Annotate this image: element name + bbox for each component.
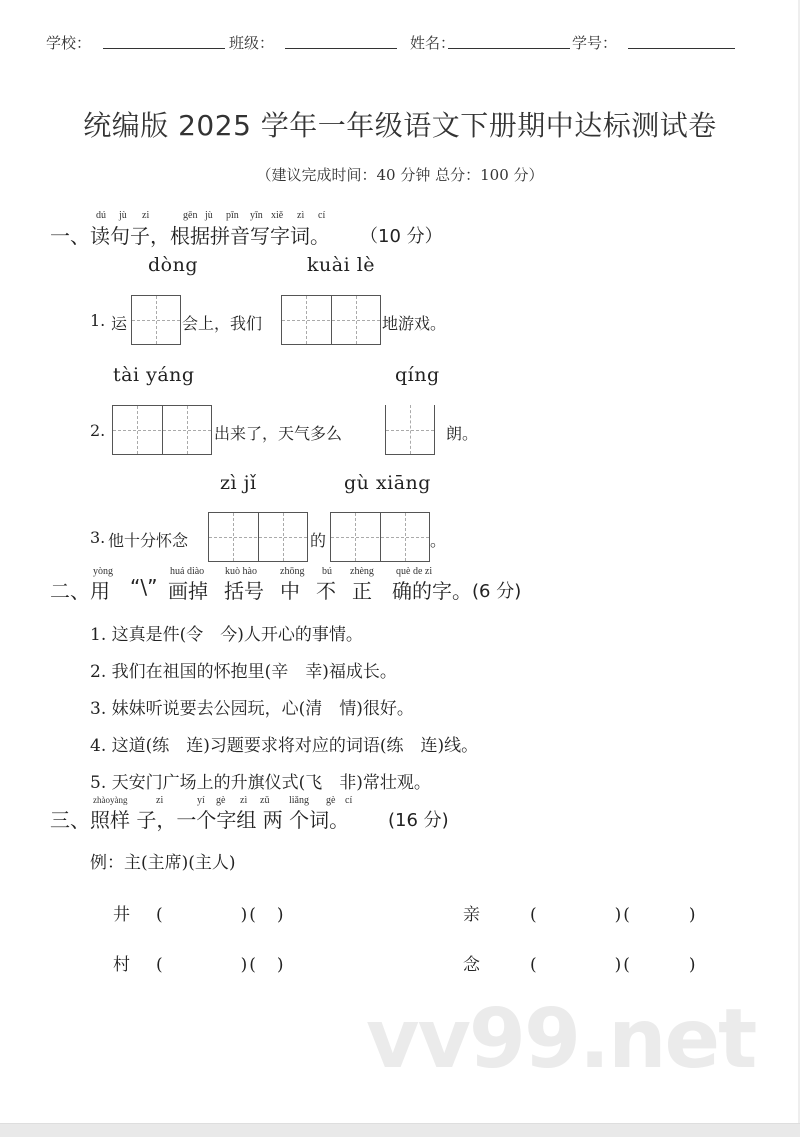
tianzige-box[interactable] [112, 405, 212, 455]
question-text: 朗。 [446, 421, 478, 444]
section-score: (16 分) [388, 806, 449, 832]
section-score: (6 分) [472, 577, 521, 603]
watermark: vv99.net [366, 992, 755, 1087]
name-field[interactable] [448, 48, 570, 49]
question-number: 2. [90, 421, 105, 440]
question-number: 1. [90, 311, 105, 330]
section-heading: 不 [316, 575, 336, 604]
class-label: 班级： [229, 32, 274, 53]
word-char: 井 [113, 900, 130, 925]
section-heading: 二、用 [50, 575, 110, 604]
word-blank[interactable]: ( )( ) [530, 950, 698, 975]
question-text: 的 [310, 528, 326, 551]
section-heading: 正 [352, 575, 372, 604]
class-field[interactable] [285, 48, 397, 49]
school-field[interactable] [103, 48, 225, 49]
question-text: 出来了，天气多么 [214, 421, 342, 444]
question-number: 3. [90, 528, 105, 547]
section-heading: 画掉 [168, 575, 208, 604]
tianzige-box[interactable] [330, 512, 430, 562]
school-label: 学校： [46, 32, 91, 53]
word-blank[interactable]: ( )( ) [156, 900, 286, 925]
word-char: 村 [113, 950, 130, 975]
pinyin-hint: gù xiāng [344, 472, 431, 494]
pinyin-hint: dòng [148, 254, 198, 276]
question-text: 。 [430, 528, 446, 551]
section-heading: 括号 [224, 575, 264, 604]
pinyin-hint: kuài lè [307, 254, 375, 276]
page-bottom-strip [0, 1123, 800, 1137]
list-item: 2. 我们在祖国的怀抱里(辛 幸)福成长。 [90, 657, 397, 682]
tianzige-box[interactable] [281, 295, 381, 345]
page-title: 统编版 2025 学年一年级语文下册期中达标测试卷 [0, 104, 800, 144]
example-text: 例：主(主席)(主人) [90, 848, 236, 873]
section-heading: “\” [130, 575, 157, 599]
tianzige-box[interactable] [208, 512, 308, 562]
name-label: 姓名： [410, 32, 455, 53]
section-heading: 确的字。 [392, 575, 472, 604]
list-item: 4. 这道(练 连)习题要求将对应的词语(练 连)线。 [90, 731, 478, 756]
question-text: 会上，我们 [182, 311, 262, 334]
section-heading: 中 [280, 575, 300, 604]
section-heading: 三、照样 子，一个字组 两 个词。 [50, 804, 349, 833]
word-char: 念 [463, 950, 480, 975]
section-score: （10 分） [360, 222, 443, 248]
page-subtitle: （建议完成时间：40 分钟 总分：100 分） [0, 164, 800, 185]
id-label: 学号： [572, 32, 617, 53]
question-text: 地游戏。 [382, 311, 446, 334]
word-char: 亲 [463, 900, 480, 925]
question-text: 他十分怀念 [108, 528, 188, 551]
question-text: 运 [111, 311, 127, 334]
pinyin-hint: qíng [395, 364, 440, 386]
word-blank[interactable]: ( )( ) [530, 900, 698, 925]
section-heading: 一、读句子，根据拼音写字词。 [50, 220, 330, 249]
tianzige-box[interactable] [385, 405, 435, 455]
list-item: 1. 这真是件(令 今)人开心的事情。 [90, 620, 363, 645]
tianzige-box[interactable] [131, 295, 181, 345]
pinyin-hint: zì jǐ [220, 472, 257, 494]
pinyin-hint: tài yáng [113, 364, 195, 386]
id-field[interactable] [628, 48, 735, 49]
list-item: 3. 妹妹听说要去公园玩，心(清 情)很好。 [90, 694, 414, 719]
list-item: 5. 天安门广场上的升旗仪式(飞 非)常壮观。 [90, 768, 431, 793]
word-blank[interactable]: ( )( ) [156, 950, 286, 975]
